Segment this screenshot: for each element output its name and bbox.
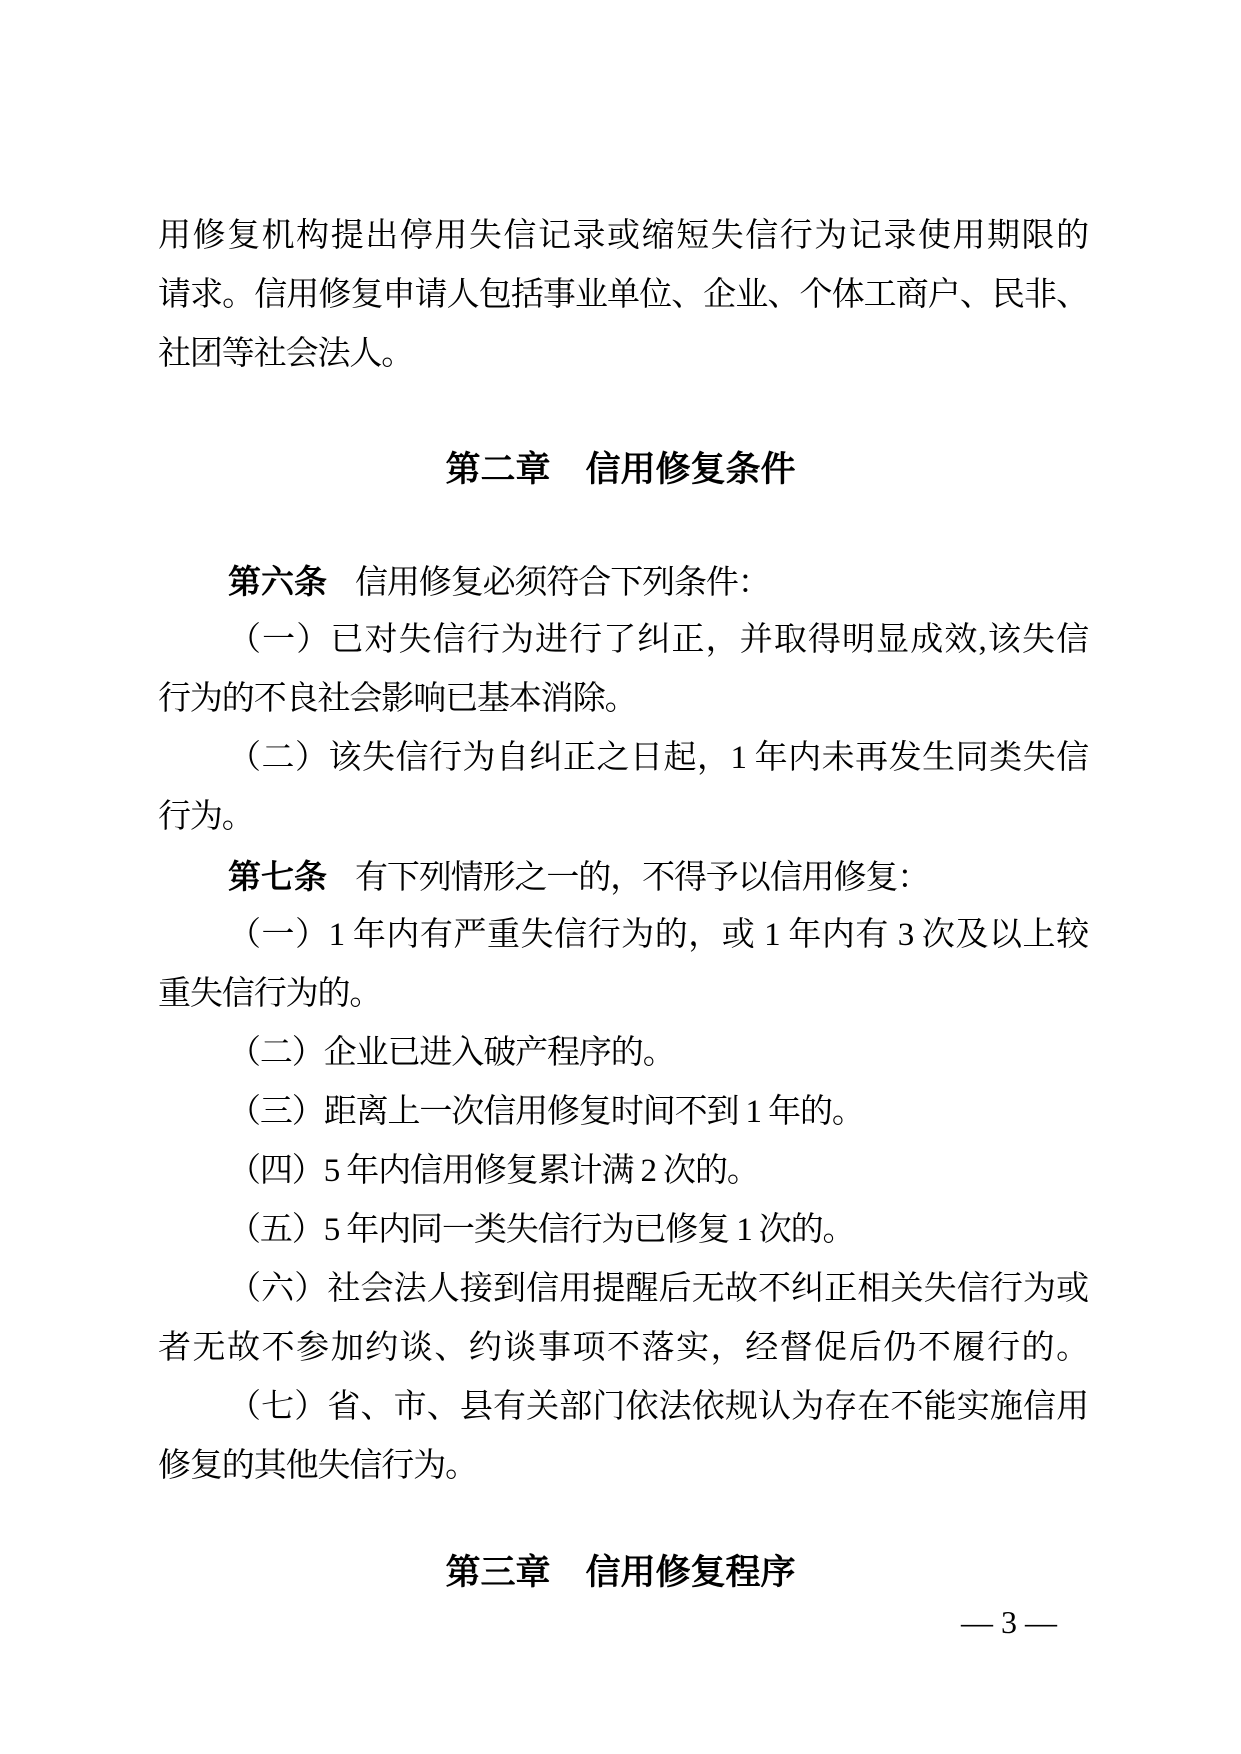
intro-paragraph: 用修复机构提出停用失信记录或缩短失信行为记录使用期限的 请求。信用修复申请人包括… <box>158 207 1088 384</box>
article-6-lead: 信用修复必须符合下列条件： <box>355 565 770 601</box>
page-number: — 3 — <box>961 1602 1057 1642</box>
article-7-lead-line: 第七条有下列情形之一的，不得予以信用修复： <box>158 847 1088 906</box>
text-line: （二）该失信行为自纠正之日起，1 年内未再发生同类失信 <box>158 729 1088 788</box>
article-6-lead-line: 第六条信用修复必须符合下列条件： <box>158 552 1088 611</box>
text-line: （六）社会法人接到信用提醒后无故不纠正相关失信行为或 <box>158 1260 1088 1319</box>
article-7-label: 第七条 <box>228 858 327 895</box>
text-line: 社团等社会法人。 <box>158 325 1088 384</box>
text-line: 者无故不参加约谈、约谈事项不落实，经督促后仍不履行的。 <box>158 1319 1088 1378</box>
text-line: 重失信行为的。 <box>158 965 1088 1024</box>
text-line: （一）已对失信行为进行了纠正，并取得明显成效,该失信 <box>158 611 1088 670</box>
text-line: （二）企业已进入破产程序的。 <box>158 1024 1088 1083</box>
text-line: 请求。信用修复申请人包括事业单位、企业、个体工商户、民非、 <box>158 266 1088 325</box>
text-line: （一）1 年内有严重失信行为的，或 1 年内有 3 次及以上较 <box>158 906 1088 965</box>
article-7-lead: 有下列情形之一的，不得予以信用修复： <box>355 860 929 896</box>
text-line: 修复的其他失信行为。 <box>158 1437 1088 1496</box>
body-text: 第六条信用修复必须符合下列条件： （一）已对失信行为进行了纠正，并取得明显成效,… <box>158 552 1088 1496</box>
text-line: （七）省、市、县有关部门依法依规认为存在不能实施信用 <box>158 1378 1088 1437</box>
text-line: 行为。 <box>158 788 1088 847</box>
article-6-label: 第六条 <box>228 563 327 600</box>
text-line: 行为的不良社会影响已基本消除。 <box>158 670 1088 729</box>
chapter-2-heading: 第二章 信用修复条件 <box>0 440 1241 499</box>
text-line: 用修复机构提出停用失信记录或缩短失信行为记录使用期限的 <box>158 207 1088 266</box>
text-line: （三）距离上一次信用修复时间不到 1 年的。 <box>158 1083 1088 1142</box>
text-line: （五）5 年内同一类失信行为已修复 1 次的。 <box>158 1201 1088 1260</box>
chapter-3-heading: 第三章 信用修复程序 <box>0 1543 1241 1602</box>
text-line: （四）5 年内信用修复累计满 2 次的。 <box>158 1142 1088 1201</box>
document-page: 用修复机构提出停用失信记录或缩短失信行为记录使用期限的 请求。信用修复申请人包括… <box>0 0 1241 1754</box>
